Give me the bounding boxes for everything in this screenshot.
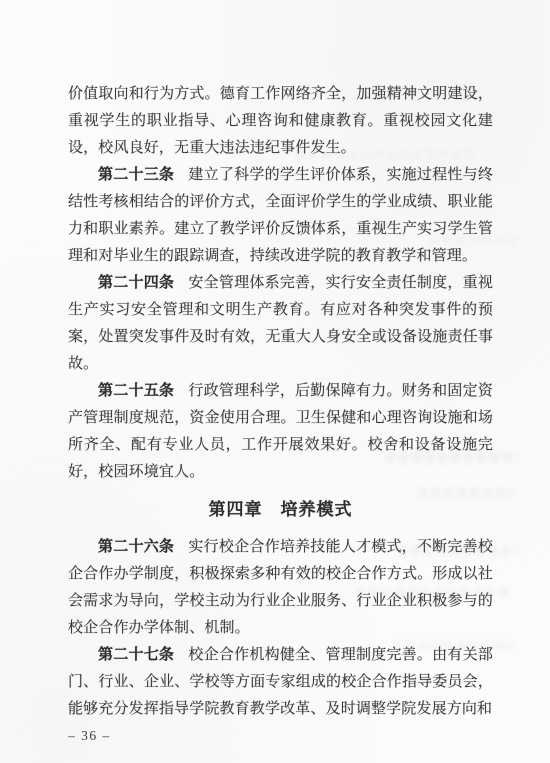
chapter-heading: 第四章 培养模式 — [68, 496, 493, 523]
scanned-document-page: { "document": { "paragraphs": [ { "text"… — [0, 0, 550, 763]
document-body: 价值取向和行为方式。德育工作网络齐全，加强精神文明建设，重视学生的职业指导、心理… — [0, 0, 550, 763]
article-number: 第二十三条 — [98, 167, 174, 183]
article-number: 第二十七条 — [98, 647, 174, 663]
paragraph-article-26: 第二十六条实行校企合作培养技能人才模式，不断完善校企合作办学制度，积极探索多种有… — [68, 534, 493, 642]
paragraph-continuation: 价值取向和行为方式。德育工作网络齐全，加强精神文明建设，重视学生的职业指导、心理… — [68, 81, 493, 162]
article-number: 第二十五条 — [98, 383, 174, 399]
paragraph-article-27: 第二十七条校企合作机构健全、管理制度完善。由有关部门、行业、企业、学校等方面专家… — [68, 642, 493, 723]
paragraph-text: 价值取向和行为方式。德育工作网络齐全，加强精神文明建设，重视学生的职业指导、心理… — [68, 86, 493, 156]
paragraph-article-23: 第二十三条建立了科学的学生评价体系，实施过程性与终结性考核相结合的评价方式，全面… — [68, 162, 493, 270]
page-number: – 36 – — [68, 727, 493, 745]
paragraph-article-25: 第二十五条行政管理科学，后勤保障有力。财务和固定资产管理制度规范，资金使用合理。… — [68, 378, 493, 486]
article-number: 第二十四条 — [98, 275, 174, 291]
paragraph-article-24: 第二十四条安全管理体系完善，实行安全责任制度，重视生产实习安全管理和文明生产教育… — [68, 270, 493, 378]
article-number: 第二十六条 — [98, 539, 174, 555]
